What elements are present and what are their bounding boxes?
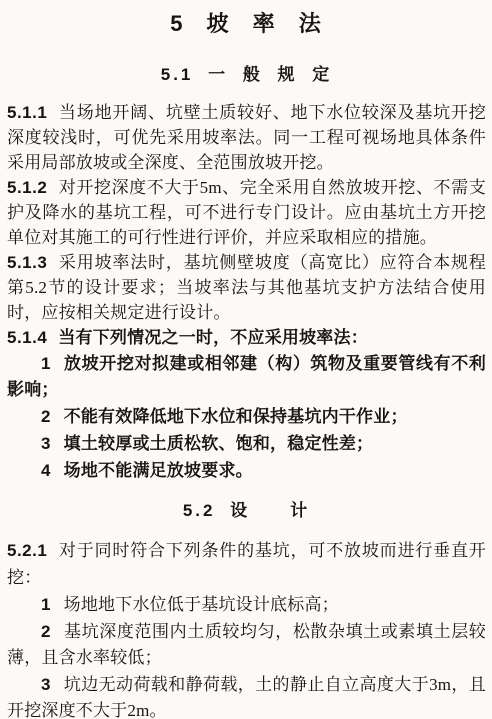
clause-5-1-1: 5.1.1当场地开阔、坑壁土质较好、地下水位较深及基坑开挖深度较浅时，可优先采用… <box>7 100 486 175</box>
list-item-5-1-4-1: 1放坡开挖对拟建或相邻建（构）筑物及重要管线有不利影响； <box>7 351 486 403</box>
list-item-5-2-1-3: 3坑边无动荷载和静荷载，土的静止自立高度大于3m，且开挖深度不大于2m。 <box>7 672 486 719</box>
item-number: 1 <box>41 595 51 614</box>
item-number: 1 <box>41 354 51 373</box>
item-text: 不能有效降低地下水位和保持基坑内干作业； <box>64 407 408 426</box>
clause-text: 当场地开阔、坑壁土质较好、地下水位较深及基坑开挖深度较浅时，可优先采用坡率法。同… <box>7 103 486 172</box>
item-text: 填土较厚或土质松软、饱和，稳定性差； <box>64 434 374 453</box>
clause-5-1-3: 5.1.3采用坡率法时，基坑侧壁坡度（高宽比）应符合本规程第5.2节的设计要求；… <box>7 250 486 325</box>
clause-text: 当有下列情况之一时，不应采用坡率法： <box>58 328 368 347</box>
list-item-5-2-1-2: 2基坑深度范围内土质较均匀，松散杂填土或素填土层较薄，且含水率较低； <box>7 619 486 671</box>
item-number: 2 <box>41 407 51 426</box>
section-heading-5-2: 5.2 设 计 <box>7 499 486 523</box>
clause-text: 采用坡率法时，基坑侧壁坡度（高宽比）应符合本规程第5.2节的设计要求；当坡率法与… <box>7 253 486 322</box>
clause-number: 5.2.1 <box>7 541 47 560</box>
item-text: 场地不能满足放坡要求。 <box>64 461 253 480</box>
item-text: 坑边无动荷载和静荷载，土的静止自立高度大于3m，且开挖深度不大于2m。 <box>7 675 486 719</box>
clause-text: 对开挖深度不大于5m、完全采用自然放坡开挖、不需支护及降水的基坑工程，可不进行专… <box>7 178 486 247</box>
item-number: 3 <box>41 434 51 453</box>
item-text: 放坡开挖对拟建或相邻建（构）筑物及重要管线有不利影响； <box>7 354 486 399</box>
item-text: 场地地下水位低于基坑设计底标高； <box>64 595 339 614</box>
item-number: 3 <box>41 675 51 694</box>
section-heading-5-1: 5.1 一 般 规 定 <box>7 63 486 87</box>
list-item-5-1-4-3: 3填土较厚或土质松软、饱和，稳定性差； <box>7 431 486 457</box>
document-page: 5 坡 率 法 5.1 一 般 规 定 5.1.1当场地开阔、坑壁土质较好、地下… <box>0 0 492 719</box>
item-number: 2 <box>41 622 51 641</box>
clause-number: 5.1.4 <box>7 328 47 347</box>
clause-5-1-2: 5.1.2对开挖深度不大于5m、完全采用自然放坡开挖、不需支护及降水的基坑工程，… <box>7 175 486 250</box>
list-item-5-1-4-4: 4场地不能满足放坡要求。 <box>7 458 486 484</box>
item-number: 4 <box>41 461 51 480</box>
clause-5-2-1: 5.2.1对于同时符合下列条件的基坑，可不放坡而进行垂直开挖： <box>7 537 486 591</box>
clause-number: 5.1.2 <box>7 178 47 197</box>
clause-5-1-4: 5.1.4当有下列情况之一时，不应采用坡率法： <box>7 325 486 350</box>
clause-number: 5.1.3 <box>7 253 47 272</box>
clause-number: 5.1.1 <box>7 103 47 122</box>
chapter-title: 5 坡 率 法 <box>7 9 486 39</box>
list-item-5-2-1-1: 1场地地下水位低于基坑设计底标高； <box>7 592 486 618</box>
clause-text: 对于同时符合下列条件的基坑，可不放坡而进行垂直开挖： <box>7 541 486 587</box>
list-item-5-1-4-2: 2不能有效降低地下水位和保持基坑内干作业； <box>7 404 486 430</box>
item-text: 基坑深度范围内土质较均匀，松散杂填土或素填土层较薄，且含水率较低； <box>7 622 486 667</box>
